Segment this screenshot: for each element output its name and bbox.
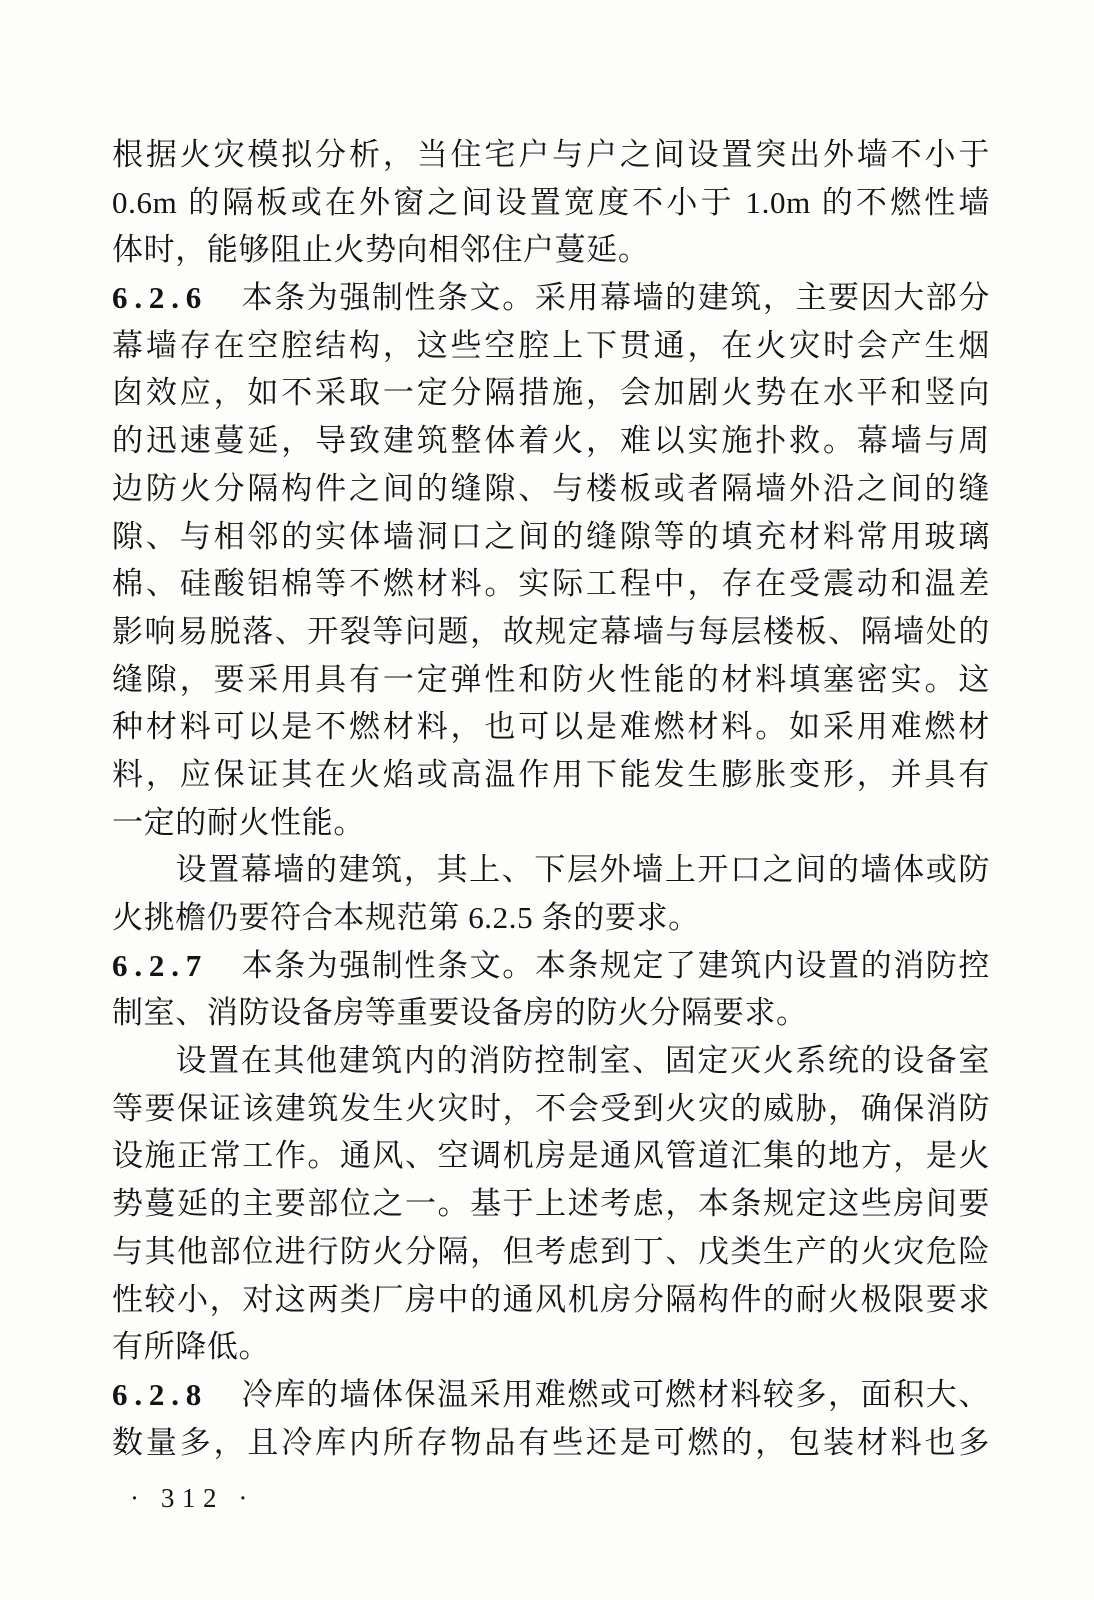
text-line: 料，应保证其在火焰或高温作用下能发生膨胀变形，并具有 [112,751,990,799]
text-line: 设施正常工作。通风、空调机房是通风管道汇集的地方，是火 [112,1132,990,1180]
text-line: 6.2.7本条为强制性条文。本条规定了建筑内设置的消防控 [112,942,990,990]
text-block: 根据火灾模拟分析，当住宅户与户之间设置突出外墙不小于0.6m 的隔板或在外窗之间… [112,131,990,1466]
line-text: 囱效应，如不采取一定分隔措施，会加剧火势在水平和竖向 [112,375,990,410]
line-text: 设施正常工作。通风、空调机房是通风管道汇集的地方，是火 [112,1138,990,1173]
text-line: 6.2.8冷库的墙体保温采用难燃或可燃材料较多，面积大、 [112,1371,990,1419]
line-text: 设置在其他建筑内的消防控制室、固定灭火系统的设备室 [176,1043,990,1078]
text-line: 势蔓延的主要部位之一。基于上述考虑，本条规定这些房间要 [112,1180,990,1228]
line-text: 缝隙，要采用具有一定弹性和防火性能的材料填塞密实。这 [112,662,990,697]
line-text: 幕墙存在空腔结构，这些空腔上下贯通，在火灾时会产生烟 [112,328,990,363]
section-number: 6.2.7 [112,948,208,983]
line-text: 种材料可以是不燃材料，也可以是难燃材料。如采用难燃材 [112,709,990,744]
line-text: 与其他部位进行防火分隔，但考虑到丁、戊类生产的火灾危险 [112,1234,990,1269]
line-text: 数量多，且冷库内所存物品有些还是可燃的，包装材料也多 [112,1425,990,1460]
text-line: 种材料可以是不燃材料，也可以是难燃材料。如采用难燃材 [112,703,990,751]
line-text: 根据火灾模拟分析，当住宅户与户之间设置突出外墙不小于 [112,137,990,172]
line-text: 边防火分隔构件之间的缝隙、与楼板或者隔墙外沿之间的缝 [112,471,990,506]
line-text: 冷库的墙体保温采用难燃或可燃材料较多，面积大、 [241,1377,990,1412]
text-line: 的迅速蔓延，导致建筑整体着火，难以实施扑救。幕墙与周 [112,417,990,465]
line-text: 性较小，对这两类厂房中的通风机房分隔构件的耐火极限要求 [112,1282,990,1317]
line-text: 料，应保证其在火焰或高温作用下能发生膨胀变形，并具有 [112,757,990,792]
text-line: 边防火分隔构件之间的缝隙、与楼板或者隔墙外沿之间的缝 [112,465,990,513]
text-line: 隙、与相邻的实体墙洞口之间的缝隙等的填充材料常用玻璃 [112,513,990,561]
section-number: 6.2.8 [112,1377,208,1412]
document-page: 根据火灾模拟分析，当住宅户与户之间设置突出外墙不小于0.6m 的隔板或在外窗之间… [0,0,1094,1600]
text-line: 数量多，且冷库内所存物品有些还是可燃的，包装材料也多 [112,1419,990,1467]
text-line: 有所降低。 [112,1323,990,1371]
line-text: 0.6m 的隔板或在外窗之间设置宽度不小于 1.0m 的不燃性墙 [112,185,990,220]
text-line: 影响易脱落、开裂等问题，故规定幕墙与每层楼板、隔墙处的 [112,608,990,656]
line-text: 隙、与相邻的实体墙洞口之间的缝隙等的填充材料常用玻璃 [112,519,990,554]
line-text: 棉、硅酸铝棉等不燃材料。实际工程中，存在受震动和温差 [112,566,990,601]
line-text: 制室、消防设备房等重要设备房的防火分隔要求。 [112,995,808,1030]
line-text: 影响易脱落、开裂等问题，故规定幕墙与每层楼板、隔墙处的 [112,614,990,649]
line-text: 火挑檐仍要符合本规范第 6.2.5 条的要求。 [112,900,700,935]
text-line: 根据火灾模拟分析，当住宅户与户之间设置突出外墙不小于 [112,131,990,179]
text-line: 囱效应，如不采取一定分隔措施，会加剧火势在水平和竖向 [112,369,990,417]
line-text: 体时，能够阻止火势向相邻住户蔓延。 [112,232,650,267]
text-line: 设置幕墙的建筑，其上、下层外墙上开口之间的墙体或防 [112,846,990,894]
text-line: 0.6m 的隔板或在外窗之间设置宽度不小于 1.0m 的不燃性墙 [112,179,990,227]
line-text: 本条为强制性条文。采用幕墙的建筑，主要因大部分 [241,280,990,315]
text-line: 等要保证该建筑发生火灾时，不会受到火灾的威胁，确保消防 [112,1085,990,1133]
line-text: 设置幕墙的建筑，其上、下层外墙上开口之间的墙体或防 [176,852,990,887]
line-text: 本条为强制性条文。本条规定了建筑内设置的消防控 [241,948,990,983]
text-line: 6.2.6本条为强制性条文。采用幕墙的建筑，主要因大部分 [112,274,990,322]
text-line: 制室、消防设备房等重要设备房的防火分隔要求。 [112,989,990,1037]
line-text: 势蔓延的主要部位之一。基于上述考虑，本条规定这些房间要 [112,1186,990,1221]
text-line: 棉、硅酸铝棉等不燃材料。实际工程中，存在受震动和温差 [112,560,990,608]
page-number: · 312 · [130,1483,255,1514]
line-text: 的迅速蔓延，导致建筑整体着火，难以实施扑救。幕墙与周 [112,423,990,458]
section-number: 6.2.6 [112,280,208,315]
text-line: 火挑檐仍要符合本规范第 6.2.5 条的要求。 [112,894,990,942]
text-line: 幕墙存在空腔结构，这些空腔上下贯通，在火灾时会产生烟 [112,322,990,370]
text-line: 一定的耐火性能。 [112,799,990,847]
text-line: 体时，能够阻止火势向相邻住户蔓延。 [112,226,990,274]
line-text: 有所降低。 [112,1329,270,1364]
text-line: 与其他部位进行防火分隔，但考虑到丁、戊类生产的火灾危险 [112,1228,990,1276]
text-line: 设置在其他建筑内的消防控制室、固定灭火系统的设备室 [112,1037,990,1085]
line-text: 等要保证该建筑发生火灾时，不会受到火灾的威胁，确保消防 [112,1091,990,1126]
text-line: 性较小，对这两类厂房中的通风机房分隔构件的耐火极限要求 [112,1276,990,1324]
text-line: 缝隙，要采用具有一定弹性和防火性能的材料填塞密实。这 [112,656,990,704]
line-text: 一定的耐火性能。 [112,805,365,840]
